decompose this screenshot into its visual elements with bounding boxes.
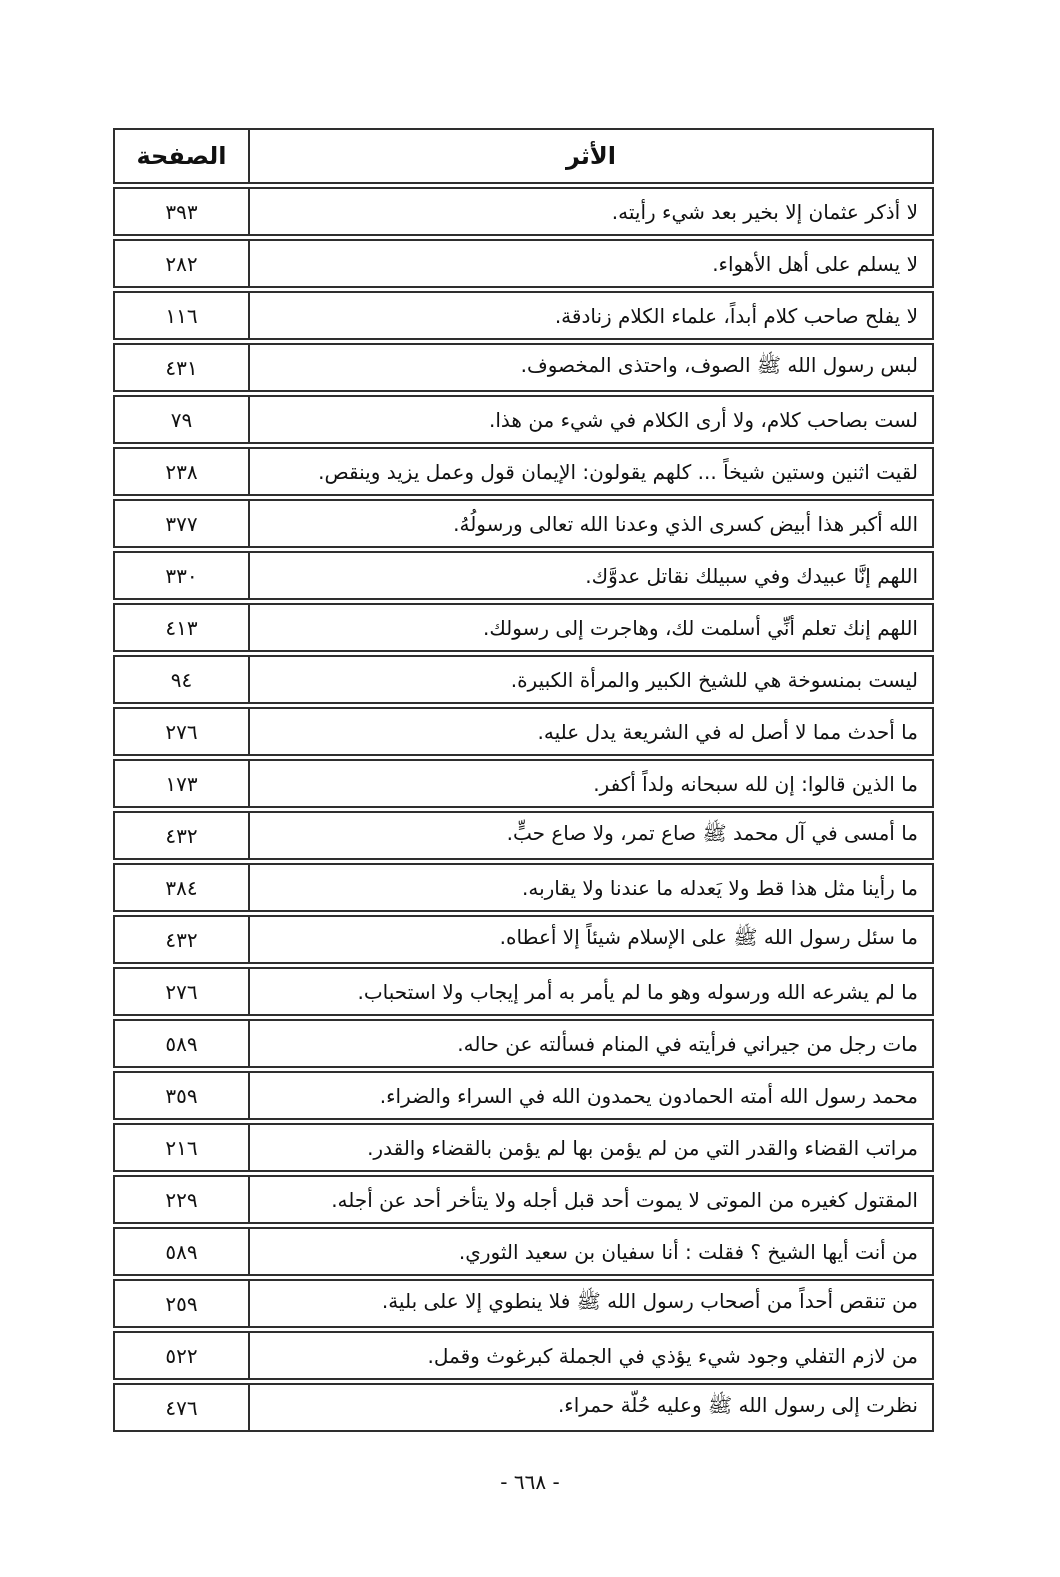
page-number: ٤٧٦	[113, 1383, 248, 1432]
table-row: محمد رسول الله أمته الحمادون يحمدون الله…	[113, 1071, 934, 1120]
page-number-footer: - ٦٦٨ -	[0, 1470, 1060, 1494]
athar-text: لا أذكر عثمان إلا بخير بعد شيء رأيته.	[248, 187, 934, 236]
table-row: لقيت اثنين وستين شيخاً ... كلهم يقولون: …	[113, 447, 934, 496]
table-row: من لازم التفلي وجود شيء يؤذي في الجملة ك…	[113, 1331, 934, 1380]
athar-text: من أنت أيها الشيخ ؟ فقلت : أنا سفيان بن …	[248, 1227, 934, 1276]
header-page: الصفحة	[113, 128, 248, 184]
table-row: من أنت أيها الشيخ ؟ فقلت : أنا سفيان بن …	[113, 1227, 934, 1276]
page-number: ٣٣٠	[113, 551, 248, 600]
athar-text: لا يسلم على أهل الأهواء.	[248, 239, 934, 288]
table-row: الله أكبر هذا أبيض كسرى الذي وعدنا الله …	[113, 499, 934, 548]
table-row: مراتب القضاء والقدر التي من لم يؤمن بها …	[113, 1123, 934, 1172]
athar-text: ما أحدث مما لا أصل له في الشريعة يدل علي…	[248, 707, 934, 756]
page-number: ٢٨٢	[113, 239, 248, 288]
page-number: ١١٦	[113, 291, 248, 340]
table-row: ما أحدث مما لا أصل له في الشريعة يدل علي…	[113, 707, 934, 756]
table-row: ما الذين قالوا: إن لله سبحانه ولداً أكفر…	[113, 759, 934, 808]
page-number: ٢٢٩	[113, 1175, 248, 1224]
table-header-row: الأثر الصفحة	[113, 128, 934, 184]
athar-text: ما أمسى في آل محمد ﷺ صاع تمر، ولا صاع حب…	[248, 811, 934, 860]
header-athar: الأثر	[248, 128, 934, 184]
page-number: ٤١٣	[113, 603, 248, 652]
table-row: المقتول كغيره من الموتى لا يموت أحد قبل …	[113, 1175, 934, 1224]
athar-text: نظرت إلى رسول الله ﷺ وعليه حُلّة حمراء.	[248, 1383, 934, 1432]
index-table-body: لا أذكر عثمان إلا بخير بعد شيء رأيته.٣٩٣…	[113, 187, 934, 1432]
table-row: اللهم إنك تعلم أنِّي أسلمت لك، وهاجرت إل…	[113, 603, 934, 652]
athar-text: اللهم إنَّا عبيدك وفي سبيلك نقاتل عدوَّك…	[248, 551, 934, 600]
athar-text: المقتول كغيره من الموتى لا يموت أحد قبل …	[248, 1175, 934, 1224]
table-row: ما سئل رسول الله ﷺ على الإسلام شيئاً إلا…	[113, 915, 934, 964]
athar-text: ما الذين قالوا: إن لله سبحانه ولداً أكفر…	[248, 759, 934, 808]
athar-text: ما رأينا مثل هذا قط ولا يَعدله ما عندنا …	[248, 863, 934, 912]
table-row: لا يفلح صاحب كلام أبداً، علماء الكلام زن…	[113, 291, 934, 340]
table-row: نظرت إلى رسول الله ﷺ وعليه حُلّة حمراء.٤…	[113, 1383, 934, 1432]
athar-text: ما لم يشرعه الله ورسوله وهو ما لم يأمر ب…	[248, 967, 934, 1016]
table-row: لبس رسول الله ﷺ الصوف، واحتذى المخصوف.٤٣…	[113, 343, 934, 392]
page-number: ٥٨٩	[113, 1019, 248, 1068]
page-number: ٥٨٩	[113, 1227, 248, 1276]
page-number: ٤٣٢	[113, 811, 248, 860]
page-number: ٢٧٦	[113, 707, 248, 756]
index-table: الأثر الصفحة لا أذكر عثمان إلا بخير بعد …	[113, 125, 934, 1435]
book-page: الأثر الصفحة لا أذكر عثمان إلا بخير بعد …	[0, 0, 1060, 1577]
page-number: ٢١٦	[113, 1123, 248, 1172]
athar-text: ما سئل رسول الله ﷺ على الإسلام شيئاً إلا…	[248, 915, 934, 964]
athar-text: من لازم التفلي وجود شيء يؤذي في الجملة ك…	[248, 1331, 934, 1380]
athar-text: لبس رسول الله ﷺ الصوف، واحتذى المخصوف.	[248, 343, 934, 392]
athar-text: لا يفلح صاحب كلام أبداً، علماء الكلام زن…	[248, 291, 934, 340]
page-number: ٧٩	[113, 395, 248, 444]
table-row: لست بصاحب كلام، ولا أرى الكلام في شيء من…	[113, 395, 934, 444]
page-number: ١٧٣	[113, 759, 248, 808]
page-number: ٣٩٣	[113, 187, 248, 236]
table-row: من تنقص أحداً من أصحاب رسول الله ﷺ فلا ي…	[113, 1279, 934, 1328]
page-number: ٤٣٢	[113, 915, 248, 964]
athar-text: الله أكبر هذا أبيض كسرى الذي وعدنا الله …	[248, 499, 934, 548]
page-number: ٢٧٦	[113, 967, 248, 1016]
table-row: ليست بمنسوخة هي للشيخ الكبير والمرأة الك…	[113, 655, 934, 704]
athar-text: مات رجل من جيراني فرأيته في المنام فسألت…	[248, 1019, 934, 1068]
page-number: ٩٤	[113, 655, 248, 704]
table-row: لا أذكر عثمان إلا بخير بعد شيء رأيته.٣٩٣	[113, 187, 934, 236]
table-row: ما لم يشرعه الله ورسوله وهو ما لم يأمر ب…	[113, 967, 934, 1016]
page-number: ٢٣٨	[113, 447, 248, 496]
table-row: لا يسلم على أهل الأهواء.٢٨٢	[113, 239, 934, 288]
table-row: اللهم إنَّا عبيدك وفي سبيلك نقاتل عدوَّك…	[113, 551, 934, 600]
page-number: ٣٥٩	[113, 1071, 248, 1120]
page-number: ٥٢٢	[113, 1331, 248, 1380]
table-row: ما رأينا مثل هذا قط ولا يَعدله ما عندنا …	[113, 863, 934, 912]
table-row: ما أمسى في آل محمد ﷺ صاع تمر، ولا صاع حب…	[113, 811, 934, 860]
athar-text: لقيت اثنين وستين شيخاً ... كلهم يقولون: …	[248, 447, 934, 496]
page-number: ٣٧٧	[113, 499, 248, 548]
athar-text: من تنقص أحداً من أصحاب رسول الله ﷺ فلا ي…	[248, 1279, 934, 1328]
athar-text: لست بصاحب كلام، ولا أرى الكلام في شيء من…	[248, 395, 934, 444]
athar-text: محمد رسول الله أمته الحمادون يحمدون الله…	[248, 1071, 934, 1120]
table-row: مات رجل من جيراني فرأيته في المنام فسألت…	[113, 1019, 934, 1068]
athar-text: اللهم إنك تعلم أنِّي أسلمت لك، وهاجرت إل…	[248, 603, 934, 652]
page-number: ٤٣١	[113, 343, 248, 392]
page-number: ٢٥٩	[113, 1279, 248, 1328]
athar-text: ليست بمنسوخة هي للشيخ الكبير والمرأة الك…	[248, 655, 934, 704]
athar-text: مراتب القضاء والقدر التي من لم يؤمن بها …	[248, 1123, 934, 1172]
page-number: ٣٨٤	[113, 863, 248, 912]
